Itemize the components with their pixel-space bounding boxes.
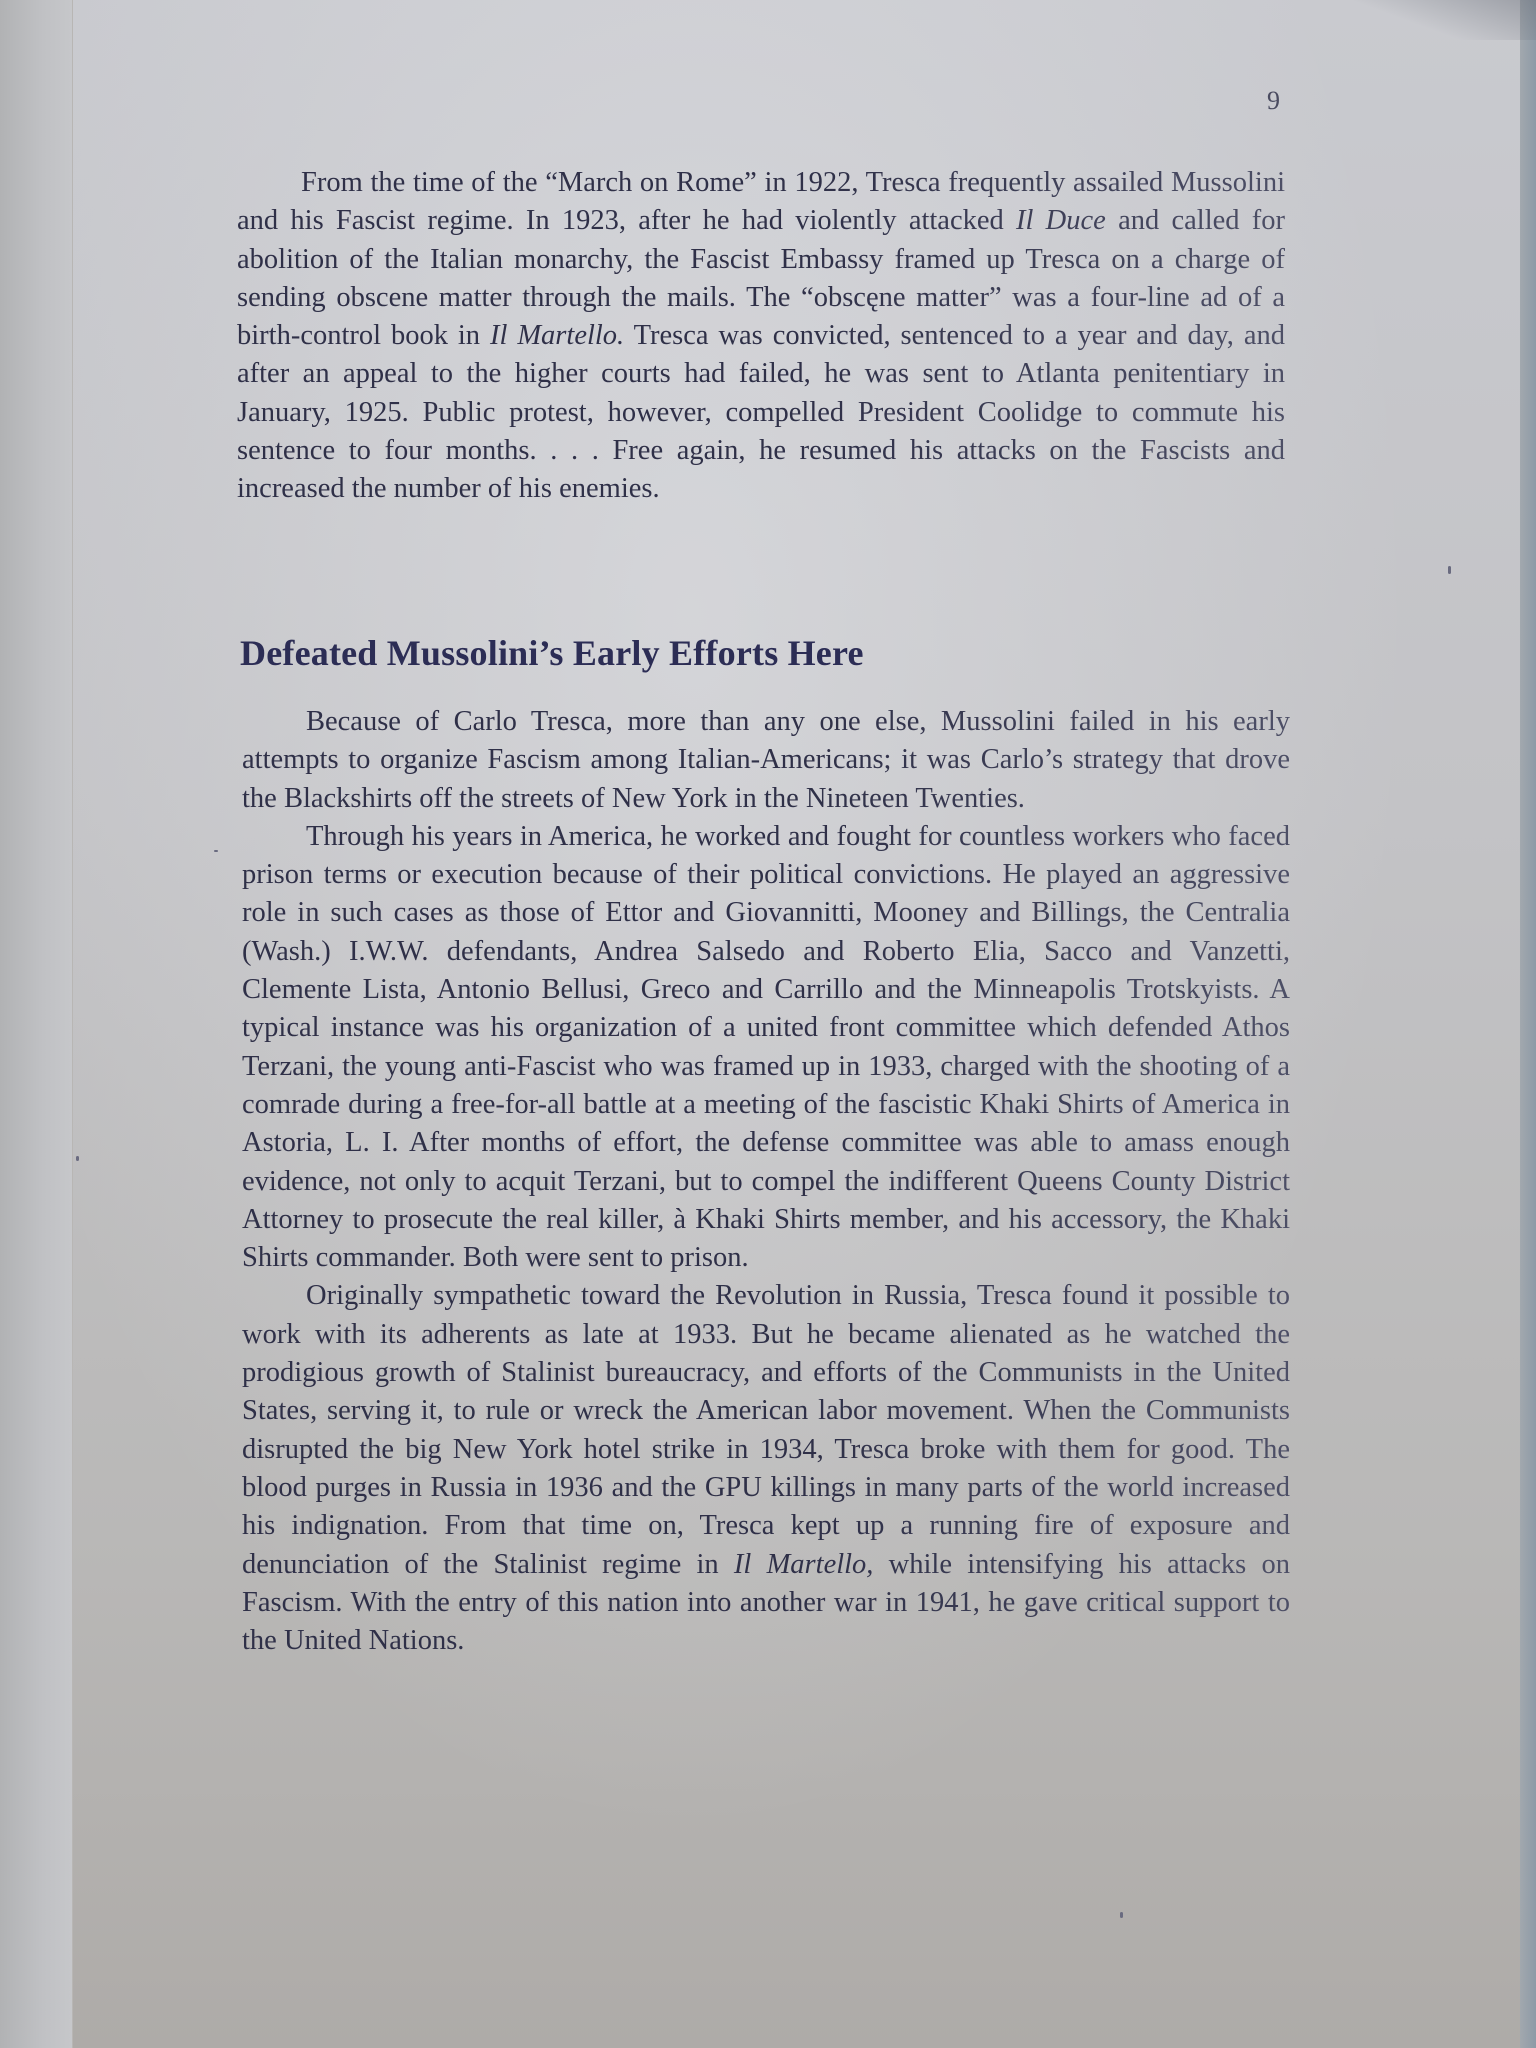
page-number: 9	[1267, 86, 1280, 116]
page-right-edge	[1520, 0, 1536, 2048]
paragraph-march-on-rome: From the time of the “March on Rome” in …	[237, 164, 1285, 509]
paragraph-early-efforts: Because of Carlo Tresca, more than any o…	[242, 703, 1290, 818]
italic-title: Il Martello.	[490, 320, 624, 351]
paper-speck	[76, 1156, 79, 1161]
text-section-2: Because of Carlo Tresca, more than any o…	[242, 703, 1290, 1660]
page-corner-shadow	[1336, 0, 1536, 40]
paper-speck	[214, 850, 218, 852]
page-binding-edge	[0, 0, 73, 2048]
paragraph-defense-cases: Through his years in America, he worked …	[242, 818, 1290, 1278]
italic-title: Il Duce	[1016, 205, 1106, 236]
text-run: Originally sympathetic toward the Revolu…	[242, 1280, 1290, 1579]
paper-speck	[1120, 1912, 1123, 1918]
document-page: 9 From the time of the “March on Rome” i…	[0, 0, 1536, 2048]
paragraph-russia: Originally sympathetic toward the Revolu…	[242, 1277, 1290, 1660]
italic-title: Il Martello,	[734, 1549, 874, 1580]
text-section-1: From the time of the “March on Rome” in …	[237, 164, 1285, 509]
section-heading: Defeated Mussolini’s Early Efforts Here	[240, 632, 864, 674]
paper-speck	[1448, 566, 1451, 574]
